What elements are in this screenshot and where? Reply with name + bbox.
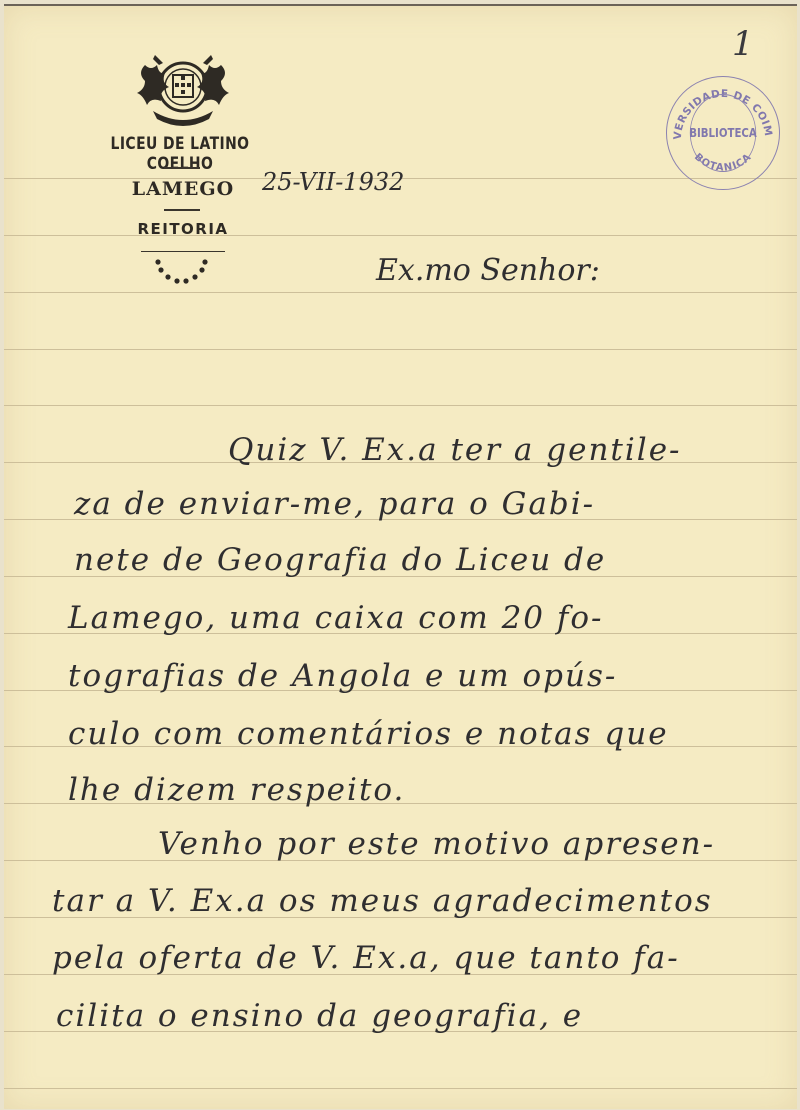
ruled-line (4, 1088, 797, 1089)
ruled-line (4, 292, 797, 293)
library-stamp: UNIVERSIDADE DE COIMBRA BOTANICA BIBLIOT… (666, 76, 780, 190)
letter-line: Venho por este motivo apresen- (158, 826, 715, 862)
letter-line: Lamego, uma caixa com 20 fo- (68, 600, 604, 636)
letter-line: pela oferta de V. Ex.a, que tanto fa- (52, 940, 680, 976)
letter-line: lhe dizem respeito. (68, 772, 405, 808)
letter-line: Quiz V. Ex.a ter a gentile- (228, 432, 682, 468)
letter-line: cilita o ensino da geografia, e (56, 998, 583, 1034)
letter-salutation: Ex.mo Senhor: (376, 253, 600, 288)
letterhead-office: REITORIA (128, 220, 238, 238)
letter-line: culo com comentários e notas que (68, 716, 669, 752)
page-number: 1 (732, 24, 754, 64)
divider (164, 209, 200, 211)
ruled-line (4, 235, 797, 236)
dotted-ornament-icon (154, 258, 214, 288)
letter-line: nete de Geografia do Liceu de (74, 542, 606, 578)
stamp-center-text: BIBLIOTECA (690, 94, 756, 172)
divider (141, 251, 225, 252)
ruled-line (4, 349, 797, 350)
ruled-line (4, 405, 797, 406)
letter-line: tografias de Angola e um opús- (68, 658, 617, 694)
letter-date: 25-VII-1932 (262, 168, 404, 196)
letter-line: za de enviar-me, para o Gabi- (74, 486, 595, 522)
portuguese-coat-of-arms-icon (135, 51, 231, 127)
letter-page: 1 LICEU DE LATINO COELHO LAMEGO REITORIA (4, 4, 797, 1109)
divider (164, 167, 200, 169)
letterhead-city: LAMEGO (128, 178, 238, 200)
letter-line: tar a V. Ex.a os meus agradecimentos (52, 883, 713, 919)
